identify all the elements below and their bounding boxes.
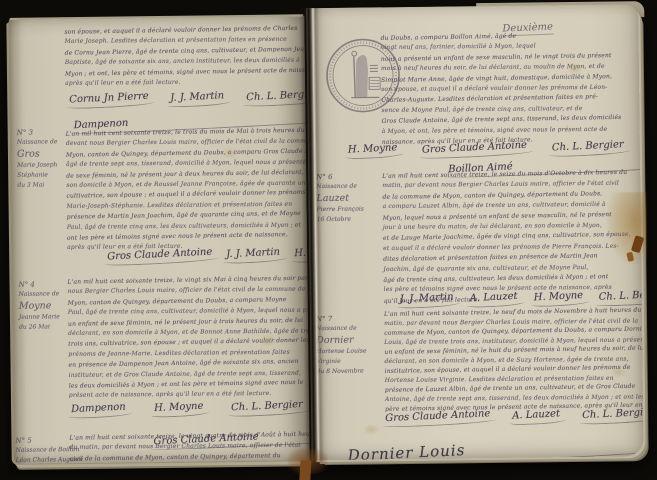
- handwritten-line: Jeanne Marie: [19, 312, 67, 323]
- act-6-text: L'an mil huit cent soixante treize, le s…: [382, 168, 636, 306]
- handwritten-line: A. Lauzet: [512, 408, 560, 421]
- handwritten-line: Moyne: [19, 299, 67, 313]
- handwritten-line: Dampenon: [71, 402, 126, 416]
- act-5-signatures: H. MoyneGros Claude AntoineCh. L. Bergie…: [348, 140, 624, 154]
- handwritten-line: N° 3: [17, 127, 65, 138]
- handwritten-line: Naissance de: [19, 289, 67, 300]
- handwritten-line: Cornu Jn Pierre: [69, 91, 149, 106]
- handwritten-line: Marie Joseph: [17, 160, 65, 171]
- handwritten-line: Léon Charles Auguste: [16, 455, 78, 464]
- handwritten-line: 16 Octobre: [317, 214, 377, 225]
- margin-note-act-7: N° 7Naissance deDornierHortense LouiseVi…: [316, 313, 379, 377]
- act-6-signatures: J. J. MartinA. LauzetH. MoyneCh. L. Berg…: [400, 290, 644, 304]
- handwritten-line: Gros Claude Antoine: [385, 408, 491, 424]
- binding-leather-fragment: [299, 460, 311, 480]
- scanned-register-photo: son épouse, et auquel il a déclaré voulo…: [0, 0, 657, 480]
- handwritten-line: J. J. Martin: [226, 247, 280, 261]
- handwritten-line: Ch. L. Bergier: [582, 407, 644, 421]
- act-3-text: L'an mil huit cent soixante treize, le t…: [66, 126, 306, 254]
- handwritten-line: Ch. L. Bergier: [599, 289, 644, 303]
- handwritten-line: H. Moyne: [294, 246, 310, 259]
- left-page: son épouse, et auquel il a déclaré voulo…: [8, 16, 309, 464]
- handwritten-line: Gros Claude Antoine: [422, 140, 528, 156]
- handwritten-line: du 3 Mai: [17, 180, 65, 191]
- handwritten-line: Gros: [17, 147, 65, 161]
- act-5-text-continuation: du Doubs, a comparu Boillon Aimé, âgé de…: [381, 30, 634, 148]
- handwritten-line: Lauzet: [316, 191, 376, 205]
- act-4-signatures: DampenonH. MoyneCh. L. Bergier: [71, 400, 303, 414]
- margin-note-act-3: N° 3Naissance deGrosMarie JosephStéphani…: [17, 127, 66, 191]
- handwritten-line: A. Lauzet: [469, 291, 517, 304]
- act-5-text-start: L'an mil huit cent soixante treize, le v…: [69, 430, 307, 464]
- handwritten-line: N° 4: [18, 279, 66, 290]
- handwritten-line: Ch. L. Bergier: [231, 399, 303, 413]
- act-7-text: L'an mil huit cent soixante treize, le n…: [384, 306, 637, 414]
- handwritten-line: H. Moyne: [533, 290, 583, 303]
- margin-note-act-4: N° 4Naissance deMoyneJeanne Mariedu 26 M…: [18, 279, 67, 333]
- signature-dornier-louis: Dornier Louis: [347, 431, 643, 460]
- handwritten-line: Naissance de: [17, 137, 65, 148]
- act-7-signatures: Gros Claude AntoineA. LauzetCh. L. Bergi…: [385, 408, 625, 422]
- open-register-book: son épouse, et auquel il a déclaré voulo…: [6, 0, 648, 476]
- handwritten-line: Stéphanie: [17, 170, 65, 181]
- handwritten-line: après qu'il leur en a été fait lecture.: [65, 77, 303, 90]
- act-4-text: L'an mil huit cent soixante treize, le v…: [67, 274, 307, 402]
- handwritten-line: J. J. Martin: [400, 292, 454, 306]
- handwritten-line: Dornier: [316, 333, 378, 347]
- handwritten-line: Ch. L. Bergier: [552, 139, 624, 153]
- handwritten-line: du 26 Mai: [19, 322, 67, 333]
- handwritten-line: Gros Claude Antoine: [107, 247, 213, 263]
- handwritten-line: H. Moyne: [154, 401, 204, 414]
- handwritten-line: du 8 Novembre: [317, 366, 379, 377]
- act-continuation-text: son épouse, et auquel il a déclaré voulo…: [64, 24, 303, 89]
- act-continuation-signatures: Cornu Jn PierreJ. J. MartinCh. L. Bergie…: [69, 90, 299, 104]
- handwritten-line: J. J. Martin: [171, 90, 225, 104]
- handwritten-line: H. Moyne: [348, 142, 398, 155]
- right-page: Deuxième du Doubs, a comparu Boillon Aim…: [306, 4, 643, 460]
- margin-note-act-6: N° 6Naissance deLauzetPierre François16 …: [316, 171, 377, 225]
- handwritten-line: Ch. L. Bergier: [246, 89, 309, 103]
